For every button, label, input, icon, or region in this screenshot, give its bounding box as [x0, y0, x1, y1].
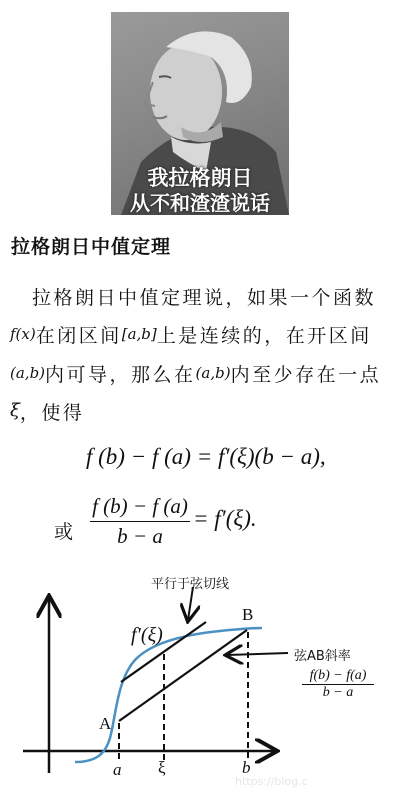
lagrange-portrait-meme: 我拉格朗日 从不和渣渣说话 — [111, 12, 289, 215]
slope-fraction: f(b) − f(a) b − a — [302, 668, 374, 701]
paragraph-line-4: ξ，使得 — [10, 398, 84, 425]
x-tick-a: a — [113, 760, 122, 780]
meme-caption-line2: 从不和渣渣说话 — [111, 187, 289, 215]
fraction-denominator: b − a — [90, 522, 190, 549]
chord-label: 弦AB斜率 — [294, 645, 351, 664]
paragraph-text: 拉格朗日中值定理说，如果一个函数 — [32, 287, 376, 309]
watermark: https://blog.c — [235, 775, 308, 788]
slope-denominator: b − a — [302, 685, 374, 701]
paragraph-text: 内至少存在一点 — [231, 364, 382, 386]
fraction-numerator: f (b) − f (a) — [90, 494, 190, 522]
tangent-label: 平行于弦切线 — [151, 573, 229, 592]
paragraph-line-2: f(x)在闭区间[a,b]上是连续的，在开区间 — [10, 321, 372, 348]
math-closed-interval: [a,b] — [122, 325, 157, 343]
mean-value-equation: f (b) − f (a) = f′(ξ)(b − a), — [86, 444, 326, 470]
or-label: 或 — [54, 517, 73, 544]
paragraph-line-1: 拉格朗日中值定理说，如果一个函数 — [32, 283, 376, 310]
paragraph-text: 上是连续的，在开区间 — [157, 325, 372, 347]
x-tick-xi: ξ — [158, 758, 166, 778]
paragraph-line-3: (a,b)内可导，那么在(a,b)内至少存在一点 — [10, 360, 381, 387]
point-a-label: A — [99, 714, 111, 734]
derivative-label: f′(ξ) — [131, 624, 163, 647]
point-b-label: B — [242, 605, 253, 625]
fraction-equation-rhs: = f′(ξ). — [193, 506, 257, 532]
fraction: f (b) − f (a) b − a — [90, 494, 190, 549]
slope-numerator: f(b) − f(a) — [302, 668, 374, 685]
math-xi: ξ — [10, 400, 20, 421]
paragraph-text: ，使得 — [20, 402, 85, 424]
chord-arrow-icon — [227, 653, 288, 655]
paragraph-text: 在闭区间 — [36, 325, 122, 347]
paragraph-text: 内可导，那么在 — [45, 364, 196, 386]
math-open-interval: (a,b) — [196, 364, 231, 382]
math-open-interval: (a,b) — [10, 364, 45, 382]
math-fx: f(x) — [10, 325, 36, 343]
article-heading: 拉格朗日中值定理 — [11, 232, 171, 259]
